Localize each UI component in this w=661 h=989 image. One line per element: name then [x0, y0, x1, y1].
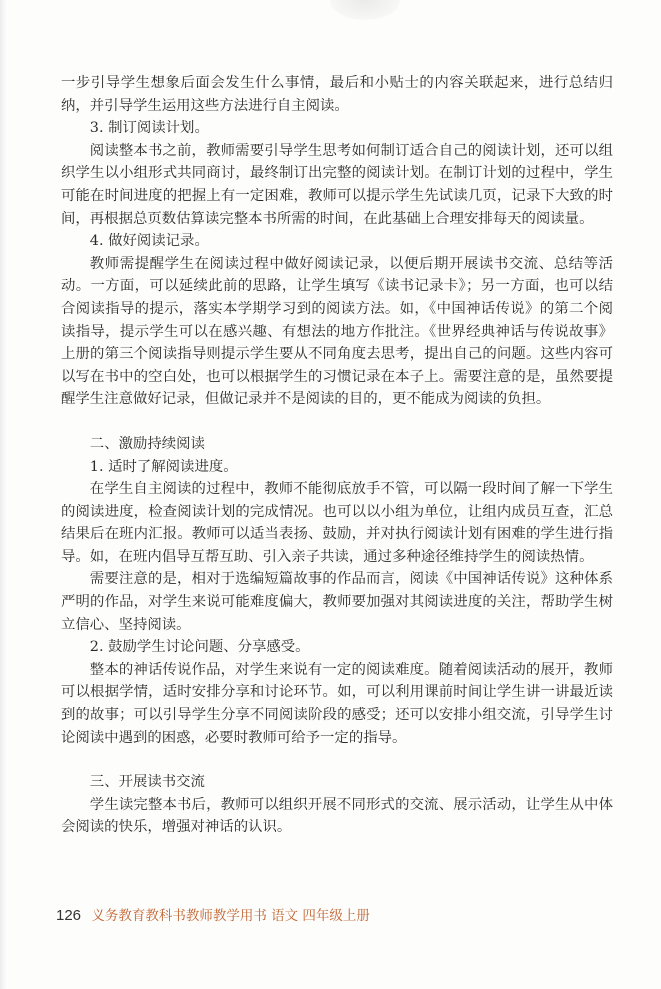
paragraph-reading-progress-1: 在学生自主阅读的过程中，教师不能彻底放手不管，可以隔一段时间了解一下学生的阅读进… [61, 478, 613, 568]
paragraph-discussion: 整本的神话传说作品，对学生来说有一定的阅读难度。随着阅读活动的展开，教师可以根据… [61, 659, 613, 749]
section-title-encourage-reading: 二、激励持续阅读 [61, 433, 613, 456]
continuation-paragraph: 一步引导学生想象后面会发生什么事情，最后和小贴士的内容关联起来，进行总结归纳，并… [61, 72, 613, 117]
page-edge [0, 0, 6, 989]
scan-smudge [330, 0, 400, 20]
section-gap [61, 411, 613, 433]
paragraph-book-exchange: 学生读完整本书后，教师可以组织开展不同形式的交流、展示活动，让学生从中体会阅读的… [61, 794, 613, 839]
section-gap [61, 749, 613, 771]
paragraph-reading-record: 教师需提醒学生在阅读过程中做好阅读记录，以便后期开展读书交流、总结等活动。一方面… [61, 253, 613, 411]
page-number: 126 [56, 907, 81, 924]
subheading-reading-progress: 1. 适时了解阅读进度。 [61, 456, 613, 479]
page-footer: 126 义务教育教科书教师教学用书 语文 四年级上册 [56, 904, 370, 924]
section-title-book-exchange: 三、开展读书交流 [61, 771, 613, 794]
paragraph-reading-progress-2: 需要注意的是，相对于选编短篇故事的作品而言，阅读《中国神话传说》这种体系严明的作… [61, 568, 613, 636]
page-body: 一步引导学生想象后面会发生什么事情，最后和小贴士的内容关联起来，进行总结归纳，并… [61, 72, 613, 839]
subheading-discussion: 2. 鼓励学生讨论问题、分享感受。 [61, 636, 613, 659]
subheading-reading-record: 4. 做好阅读记录。 [61, 230, 613, 253]
paragraph-make-plan: 阅读整本书之前，教师需要引导学生思考如何制订适合自己的阅读计划，还可以组织学生以… [61, 140, 613, 230]
subheading-make-plan: 3. 制订阅读计划。 [61, 117, 613, 140]
book-title: 义务教育教科书教师教学用书 语文 四年级上册 [91, 908, 370, 924]
